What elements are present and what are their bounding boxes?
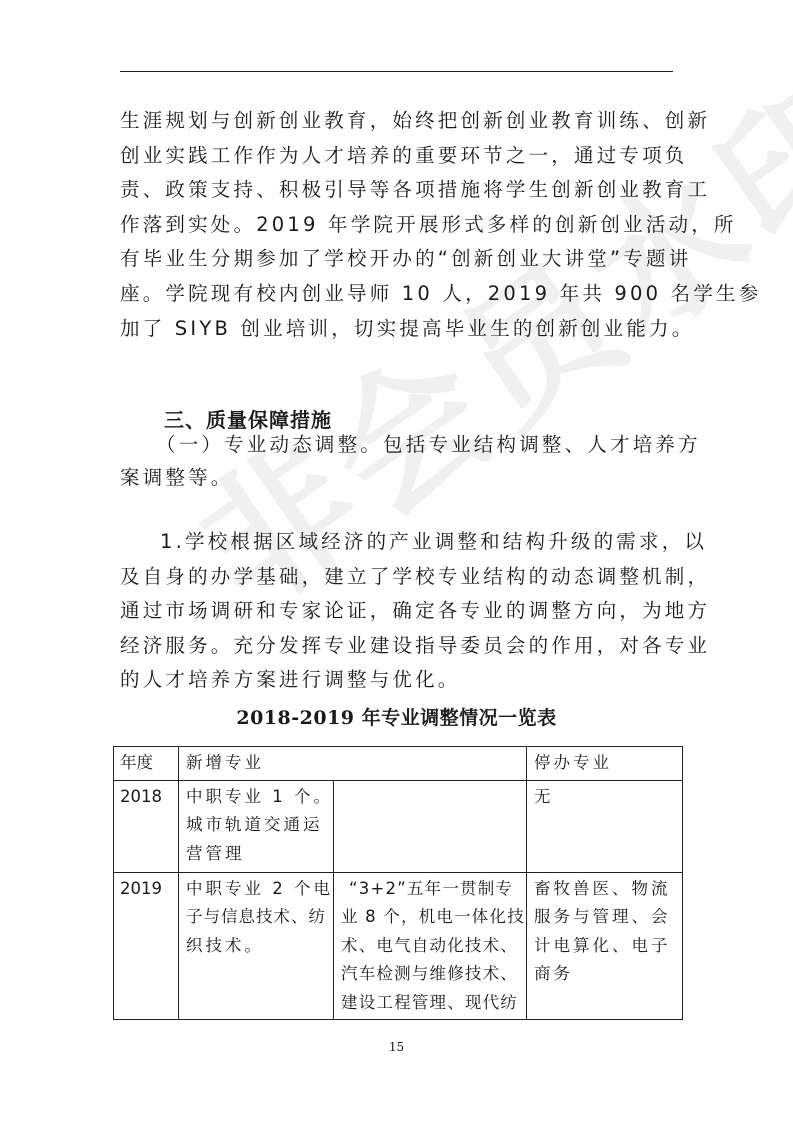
text-line: 创业实践工作作为人才培养的重要环节之一，通过专项负 [120,139,676,174]
cell-text: 子与信息技术、纺 [186,903,327,932]
cell-text: 汽车检测与维修技术、 [341,960,520,989]
header-rule [120,71,673,72]
cell-text: 中职专业 2 个电 [186,875,327,904]
cell-text: 建设工程管理、现代纺 [341,989,520,1018]
text-line: 作落到实处。2019 年学院开展形式多样的创新创业活动，所 [120,208,676,243]
text-line: 通过市场调研和专家论证，确定各专业的调整方向，为地方 [120,594,676,629]
cell-new-majors-a: 中职专业 1 个。 城市轨道交通运 营管理 [179,780,334,872]
cell-new-majors-a: 中职专业 2 个电 子与信息技术、纺 织技术。 [179,872,334,1020]
cell-text: 业 8 个，机电一体化技 [341,903,520,932]
cell-text: 服务与管理、会 [534,903,676,932]
cell-text: 计电算化、电子 [534,932,676,961]
page-number: 15 [0,1040,793,1054]
cell-stopped-majors: 无 [527,780,683,872]
table-title: 2018-2019 年专业调整情况一览表 [0,703,793,730]
text-line: 责、政策支持、积极引导等各项措施将学生创新创业教育工 [120,173,676,208]
text-line: 有毕业生分期参加了学校开办的“创新创业大讲堂”专题讲 [120,242,676,277]
cell-text: 织技术。 [186,932,327,961]
table-row: 2019 中职专业 2 个电 子与信息技术、纺 织技术。 “3+2”五年一贯制专… [114,872,683,1020]
cell-year: 2019 [114,872,179,1020]
text-line: 1.学校根据区域经济的产业调整和结构升级的需求，以 [120,525,676,560]
cell-new-majors-b [334,780,527,872]
table-header-row: 年度 新增专业 停办专业 [114,747,683,781]
paragraph-dynamic-adjustment: 1.学校根据区域经济的产业调整和结构升级的需求，以 及自身的办学基础，建立了学校… [120,525,676,698]
header-new-majors: 新增专业 [179,747,527,781]
text-line: 加了 SIYB 创业培训，切实提高毕业生的创新创业能力。 [120,312,676,347]
text-line: 经济服务。充分发挥专业建设指导委员会的作用，对各专业 [120,629,676,664]
cell-text: 畜牧兽医、物流 [534,875,676,904]
header-stopped-majors: 停办专业 [527,747,683,781]
text-line: 生涯规划与创新创业教育，始终把创新创业教育训练、创新 [120,104,676,139]
cell-year: 2018 [114,780,179,872]
header-year: 年度 [114,747,179,781]
cell-text: 商务 [534,960,676,989]
cell-text: 城市轨道交通运 [186,811,327,840]
text-line: 座。学院现有校内创业导师 10 人，2019 年共 900 名学生参 [120,277,676,312]
cell-stopped-majors: 畜牧兽医、物流 服务与管理、会 计电算化、电子 商务 [527,872,683,1020]
paragraph-subsection-1: （一）专业动态调整。包括专业结构调整、人才培养方 案调整等。 [120,428,676,494]
paragraph-innovation-education: 生涯规划与创新创业教育，始终把创新创业教育训练、创新 创业实践工作作为人才培养的… [120,104,676,346]
cell-text: 术、电气自动化技术、 [341,932,520,961]
text-line: （一）专业动态调整。包括专业结构调整、人才培养方 [120,428,676,461]
cell-text: 无 [534,783,676,812]
major-adjustment-table: 年度 新增专业 停办专业 2018 中职专业 1 个。 城市轨道交通运 营管理 … [113,746,683,1020]
cell-text: 中职专业 1 个。 [186,783,327,812]
text-line: 案调整等。 [120,461,676,494]
cell-text: 营管理 [186,840,327,869]
table-row: 2018 中职专业 1 个。 城市轨道交通运 营管理 无 [114,780,683,872]
cell-text: “3+2”五年一贯制专 [341,875,520,904]
text-line: 的人才培养方案进行调整与优化。 [120,663,676,698]
text-line: 及自身的办学基础，建立了学校专业结构的动态调整机制， [120,560,676,595]
cell-new-majors-b: “3+2”五年一贯制专 业 8 个，机电一体化技 术、电气自动化技术、 汽车检测… [334,872,527,1020]
